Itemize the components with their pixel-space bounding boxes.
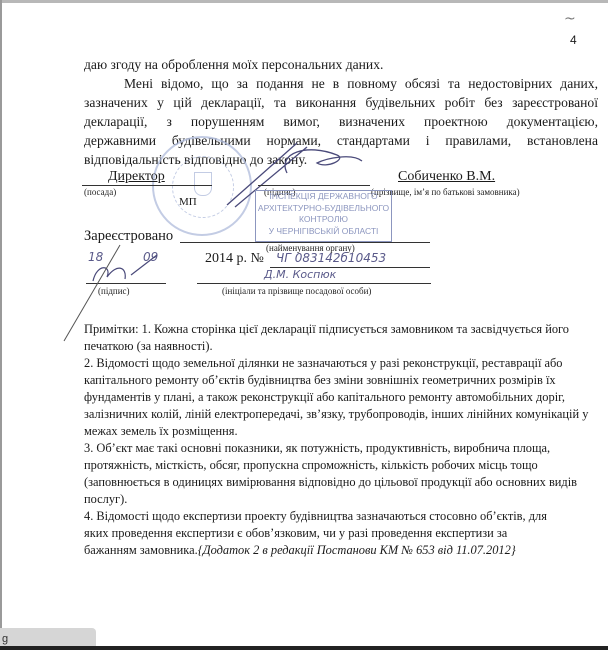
note-4-amendment: {Додаток 2 в редакції Постанови КМ № 653… xyxy=(198,543,516,557)
responsibility-line-1: Мені відомо, що за подання не в повному … xyxy=(124,74,598,93)
customer-name-caption: (прізвище, ім’я по батькові замовника) xyxy=(371,187,520,197)
note-4-line-b: яких проведення експертизи є обов’язкови… xyxy=(84,525,507,542)
signature-line xyxy=(258,185,370,186)
registration-number: ЧГ 083142б10453 xyxy=(276,251,386,265)
note-2-line-a: 2. Відомості щодо земельної ділянки не з… xyxy=(84,355,563,372)
note-4-line-c: бажанням замовника.{Додаток 2 в редакції… xyxy=(84,542,516,559)
trident-emblem-icon xyxy=(194,172,212,196)
stamp-line-1: ІНСПЕКЦІЯ ДЕРЖАВНОГО xyxy=(256,191,391,203)
position-caption: (посада) xyxy=(84,187,116,197)
page-number: 4 xyxy=(570,33,577,47)
viewer-bottom-bar xyxy=(0,646,608,650)
note-1-line-a: Примітки: 1. Кожна сторінка цієї деклара… xyxy=(84,321,569,338)
stamp-line-2: АРХІТЕКТУРНО-БУДІВЕЛЬНОГО xyxy=(256,203,391,215)
note-2-line-b: капітального ремонту об’єктів будівництв… xyxy=(84,372,556,389)
position-line xyxy=(82,185,212,186)
responsibility-line-3: декларації, з порушенням вимог, визначен… xyxy=(84,112,598,131)
customer-name: Собиченко В.М. xyxy=(398,169,495,185)
note-3-line-c: (заповнюється в одиницях вимірювання від… xyxy=(84,474,577,491)
note-4-plain: бажанням замовника. xyxy=(84,543,198,557)
registration-year: 2014 р. № xyxy=(205,251,264,267)
note-2-line-d: залізничних колій, ліній електропередачі… xyxy=(84,406,588,423)
note-3-line-a: 3. Об’єкт має такі основні показники, як… xyxy=(84,440,550,457)
official-name-caption: (ініціали та прізвище посадової особи) xyxy=(222,286,371,296)
document-page: ~ 4 даю згоду на оброблення моїх персона… xyxy=(2,3,608,650)
seal-label: МП xyxy=(179,196,197,208)
header-mark: ~ xyxy=(564,11,576,27)
stamp-line-4: У ЧЕРНІГІВСЬКІЙ ОБЛАСТІ xyxy=(256,226,391,238)
stamp-line-3: КОНТРОЛЮ xyxy=(256,214,391,226)
viewer-bottom-tab-label: g xyxy=(0,633,8,645)
inspection-stamp: ІНСПЕКЦІЯ ДЕРЖАВНОГО АРХІТЕКТУРНО-БУДІВЕ… xyxy=(255,190,392,242)
responsibility-line-2: зазначених у цій декларації, та виконанн… xyxy=(84,93,598,112)
note-2-line-c: фундаментів у плані, а також реконструкц… xyxy=(84,389,565,406)
note-1-line-b: печаткою (за наявності). xyxy=(84,338,213,355)
position-value: Директор xyxy=(108,169,165,185)
note-3-line-b: протяжність, місткість, обсяг, пропускна… xyxy=(84,457,538,474)
official-name: Д.М. Коспюк xyxy=(264,268,336,281)
official-name-line xyxy=(197,283,431,284)
note-2-line-e: межах земель їх розміщення. xyxy=(84,423,238,440)
note-4-line-a: 4. Відомості щодо експертизи проекту буд… xyxy=(84,508,547,525)
consent-line: даю згоду на оброблення моїх персональни… xyxy=(84,55,383,74)
note-3-line-d: послуг). xyxy=(84,491,127,508)
